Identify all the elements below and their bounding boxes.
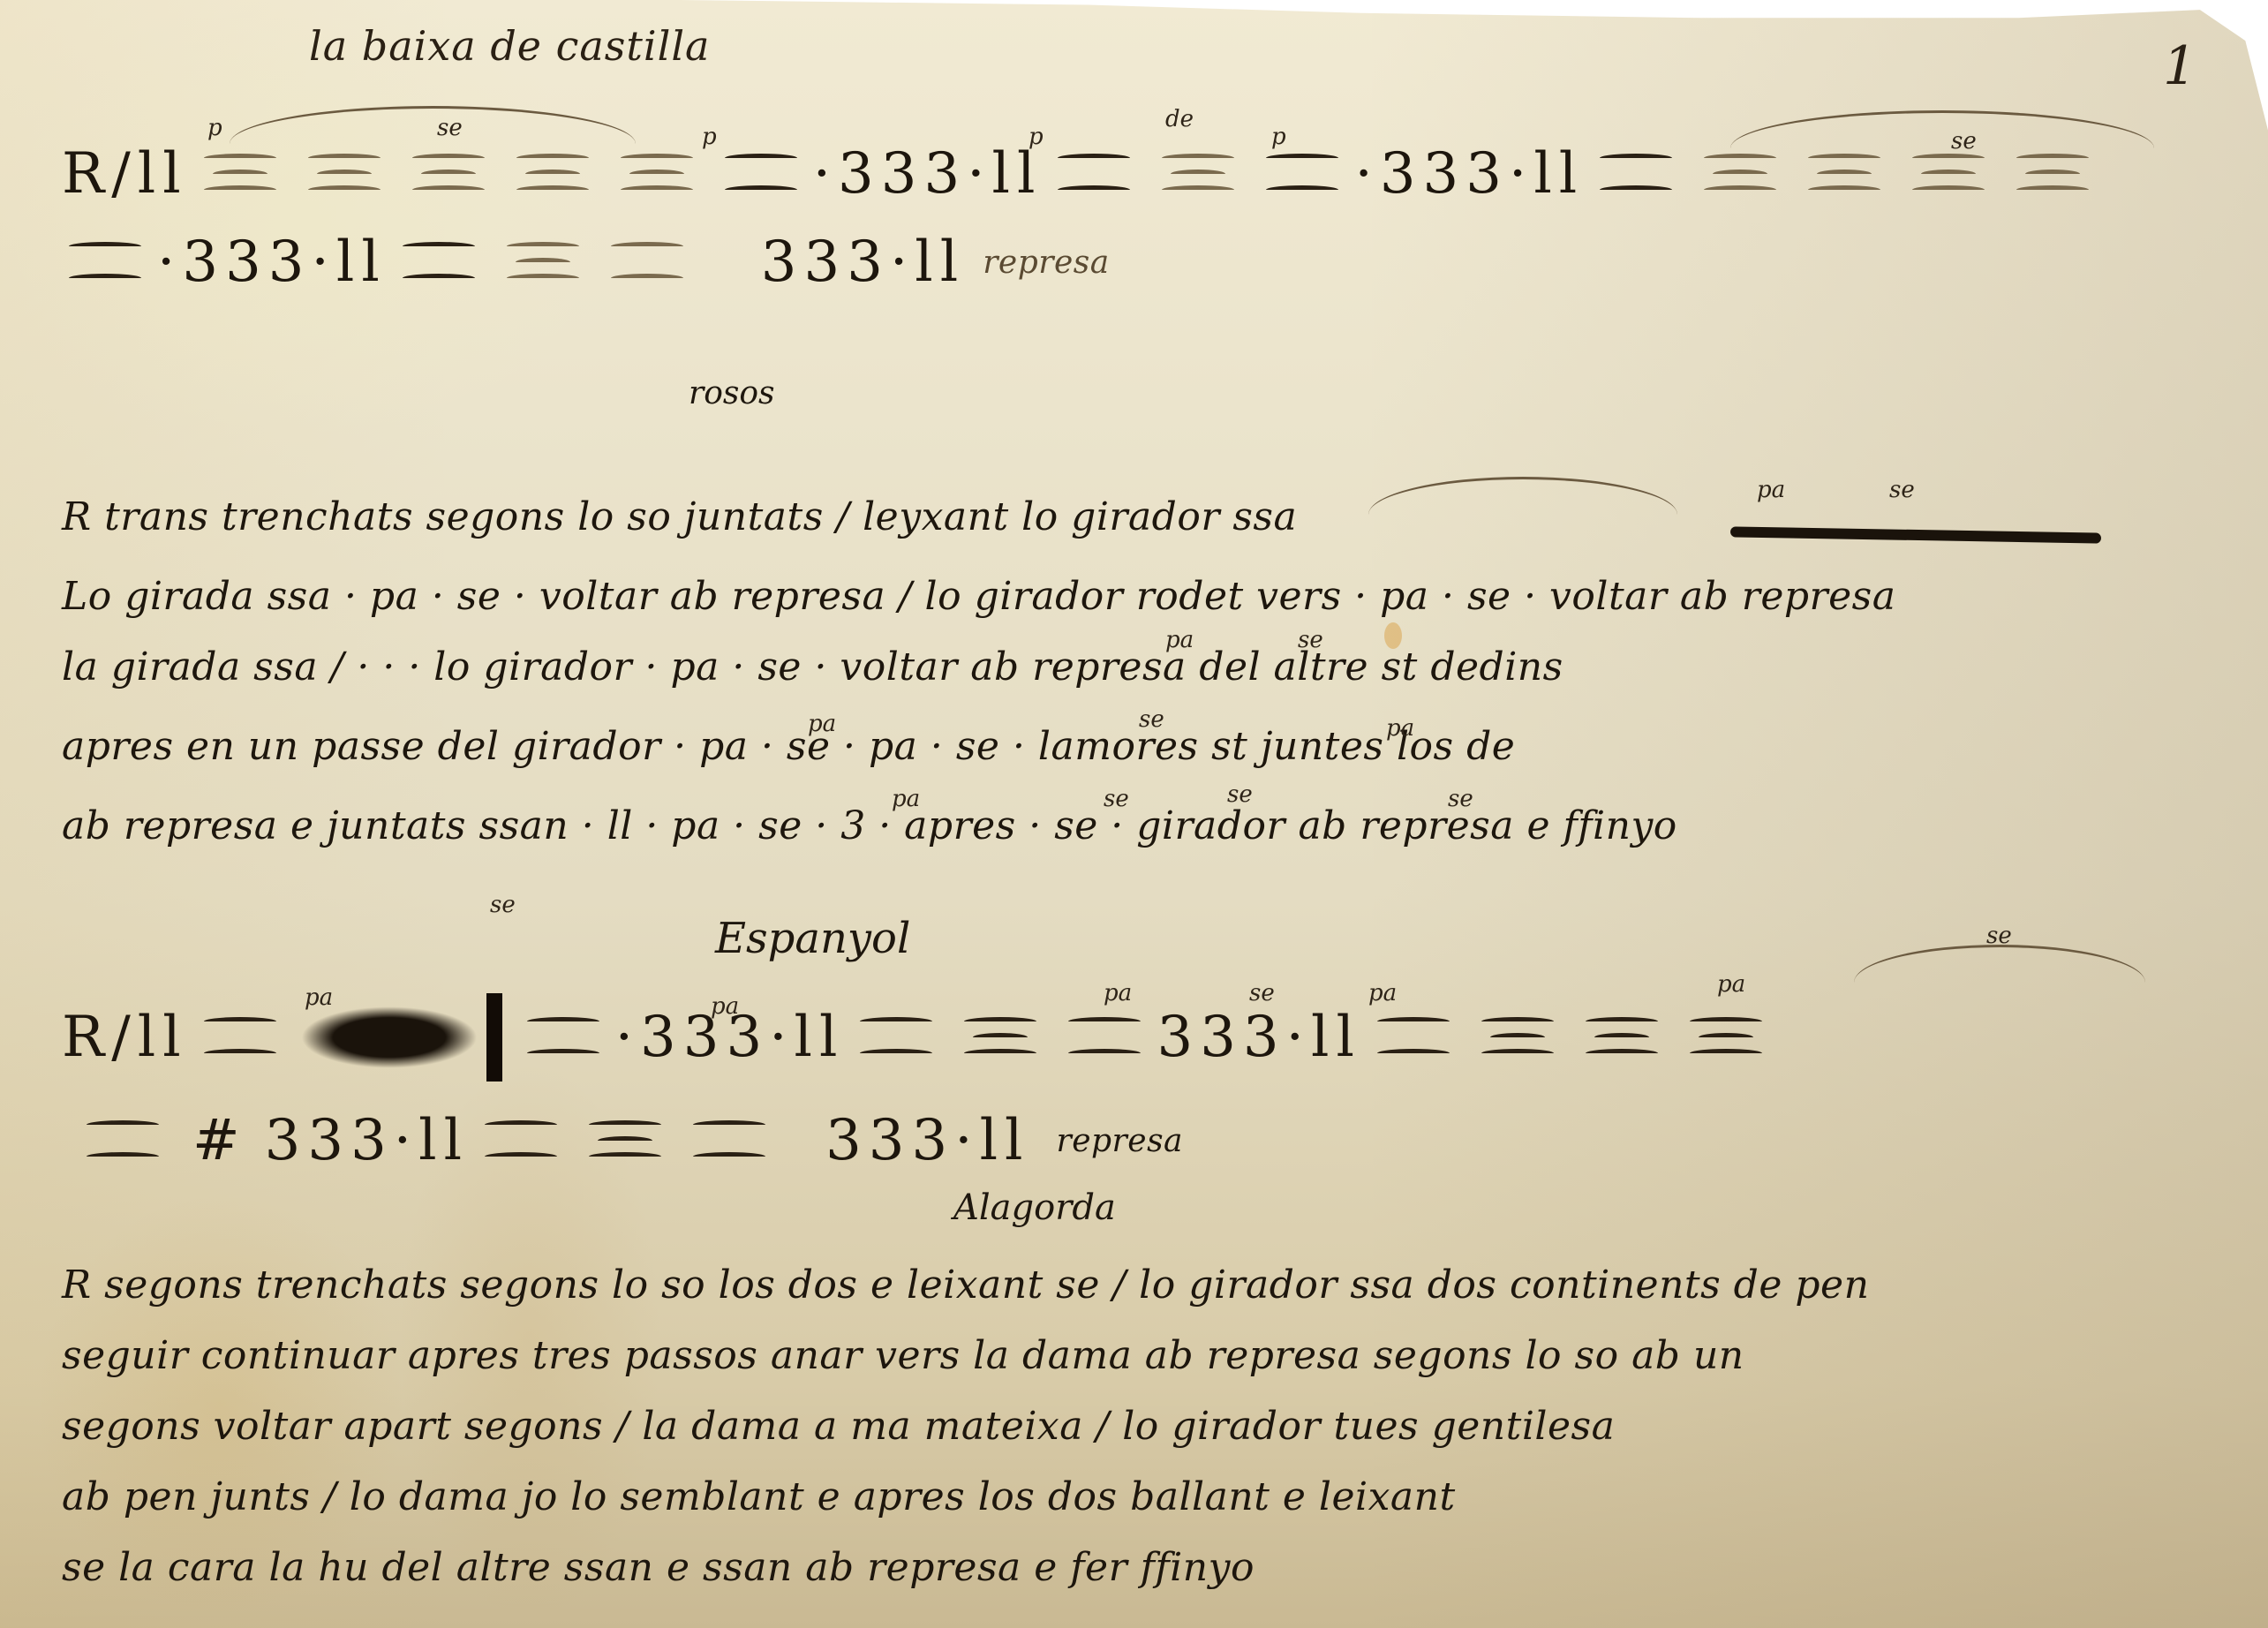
step-label: p (702, 124, 717, 150)
double-step-glyph (1262, 148, 1342, 200)
slur-mark (230, 106, 636, 144)
step-label: se (490, 892, 516, 918)
strikethrough-mark (1730, 526, 2101, 543)
simple-steps-glyph (1686, 1012, 1766, 1063)
step-label: se (1448, 786, 1473, 812)
slur-mark (1368, 477, 1677, 515)
alagorda-line-4: ab pen junts / lo dama jo lo semblant e … (62, 1474, 1456, 1519)
simple-steps-glyph (1158, 148, 1238, 200)
notation-line-2: ·333·ll 333·ll represa (53, 230, 1110, 295)
struck-out-notation (301, 1006, 478, 1068)
page-number: 1 (2163, 35, 2196, 97)
double-step-glyph (856, 1012, 936, 1063)
triple-step-333: 333·ll (1157, 1005, 1360, 1070)
section-title-alagorda: Alagorda (953, 1187, 1116, 1228)
step-label: se (1889, 477, 1915, 503)
alagorda-line-2: seguir continuar apres tres passos anar … (62, 1333, 1744, 1378)
step-label: se (1227, 781, 1253, 808)
step-label: pa (1104, 980, 1132, 1006)
rosos-line-5: ab represa e juntats ssan · ll · pa · se… (62, 803, 1677, 848)
step-label: se (1139, 706, 1164, 733)
step-label: pa (1386, 715, 1414, 742)
rosos-line-2: Lo girada ssa · pa · se · voltar ab repr… (62, 574, 1895, 619)
reverence-sign: R/ll (62, 141, 188, 207)
triple-step-333: ·333·ll (157, 230, 387, 295)
alagorda-line-5: se la cara la hu del altre ssan e ssan a… (62, 1545, 1255, 1590)
double-step-glyph (689, 1115, 769, 1166)
double-step-glyph (200, 1012, 280, 1063)
simple-steps-glyph (409, 148, 488, 200)
rosos-line-1: R trans trenchats segons lo so juntats /… (62, 494, 1297, 539)
simple-steps-glyph (961, 1012, 1040, 1063)
double-step-glyph (65, 237, 145, 288)
double-step-glyph (399, 237, 478, 288)
double-step-glyph (721, 148, 801, 200)
manuscript-page: 1 la baixa de castilla R/ll ·333·ll ·333… (0, 0, 2268, 1628)
double-step-glyph (481, 1115, 561, 1166)
section-title-baixa-de-castilla: la baixa de castilla (309, 22, 710, 70)
step-label: p (1029, 124, 1044, 150)
triple-step-333: 333·ll (761, 230, 965, 295)
double-step-glyph (607, 237, 687, 288)
step-label: p (1271, 124, 1286, 150)
step-label: se (1298, 627, 1323, 653)
sharp-sign: # (192, 1108, 247, 1173)
double-step-glyph (1054, 148, 1134, 200)
simple-steps-glyph (617, 148, 697, 200)
simple-steps-glyph (1700, 148, 1780, 200)
step-label: p (207, 115, 222, 141)
triple-step-333: 333·ll (825, 1108, 1029, 1173)
represa-label: represa (1057, 1123, 1184, 1159)
simple-steps-glyph (1805, 148, 1884, 200)
step-label: se (1249, 980, 1275, 1006)
simple-steps-glyph (503, 237, 583, 288)
step-label: se (437, 115, 463, 141)
simple-steps-glyph (585, 1115, 665, 1166)
triple-step-333: 333·ll (265, 1108, 469, 1173)
step-label: se (1986, 923, 2012, 949)
step-label: pa (1717, 971, 1745, 998)
step-label: pa (1165, 627, 1194, 653)
notation-line-espanyol-2: # 333·ll 333·ll represa (71, 1108, 1183, 1173)
simple-steps-glyph (513, 148, 592, 200)
simple-steps-glyph (2013, 148, 2092, 200)
step-label: pa (808, 711, 836, 737)
rosos-line-4: apres en un passe del girador · pa · se … (62, 724, 1515, 769)
alagorda-line-3: segons voltar apart segons / la dama a m… (62, 1404, 1615, 1449)
represa-label: represa (983, 245, 1110, 281)
simple-steps-glyph (1909, 148, 1988, 200)
notation-line-1: R/ll ·333·ll ·333·ll (62, 141, 2105, 207)
section-title-rosos: rosos (689, 375, 775, 411)
step-label: de (1165, 106, 1194, 132)
step-label: se (1951, 128, 1977, 155)
double-step-glyph (524, 1012, 603, 1063)
double-step-glyph (1374, 1012, 1453, 1063)
step-label: pa (1368, 980, 1397, 1006)
triple-step-333: ·333·ll (813, 141, 1043, 207)
double-step-glyph (1065, 1012, 1144, 1063)
section-title-espanyol: Espanyol (715, 914, 910, 963)
step-label: pa (1757, 477, 1785, 503)
rosos-line-3: la girada ssa / · · · lo girador · pa · … (62, 644, 1563, 690)
thick-bar (486, 993, 502, 1082)
step-label: pa (892, 786, 920, 812)
reverence-sign: R/ll (62, 1005, 188, 1070)
step-label: pa (305, 984, 333, 1011)
simple-steps-glyph (305, 148, 384, 200)
simple-steps-glyph (1582, 1012, 1661, 1063)
double-step-glyph (1596, 148, 1676, 200)
triple-step-333: ·333·ll (1354, 141, 1584, 207)
alagorda-line-1: R segons trenchats segons lo so los dos … (62, 1262, 1869, 1308)
step-label: pa (711, 993, 739, 1020)
slur-mark (1854, 945, 2145, 983)
step-label: se (1104, 786, 1129, 812)
simple-steps-glyph (1478, 1012, 1557, 1063)
double-step-glyph (200, 148, 280, 200)
double-step-glyph (83, 1115, 162, 1166)
